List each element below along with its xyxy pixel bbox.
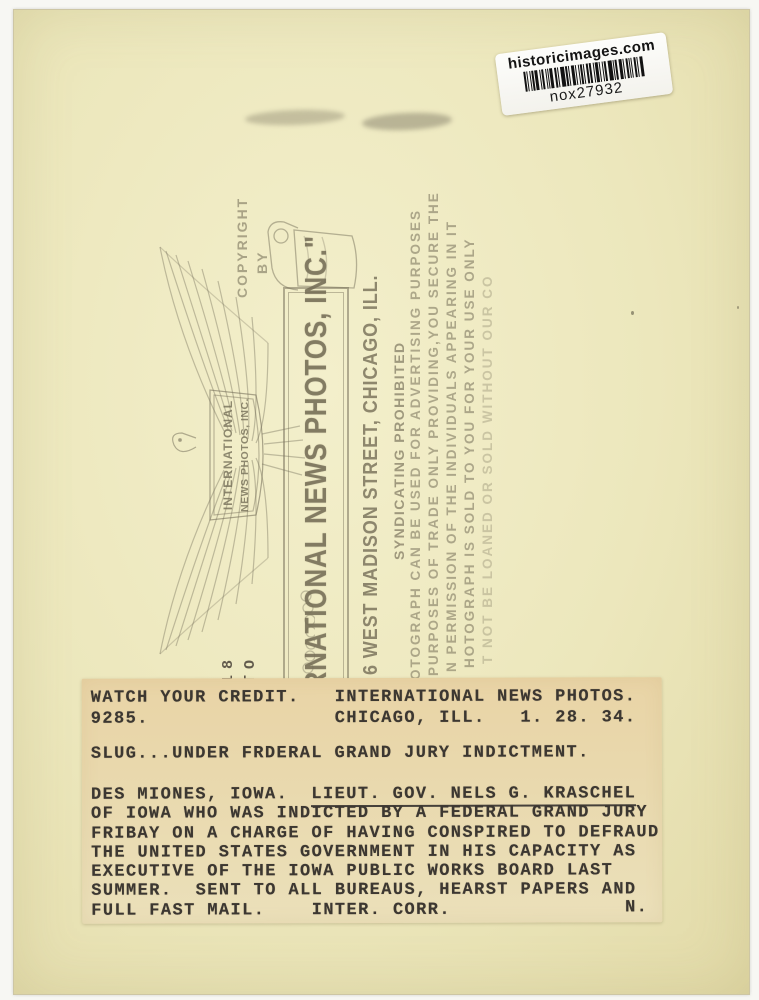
caption-label: WATCH YOUR CREDIT.9285. INTERNATIONAL NE… [82,677,663,924]
photo-back-scan: INTERNATIONAL NEWS PHOTOS, INC. COPYRIGH… [0,0,759,1000]
caption-body: DES MIONES, IOWA. LIEUT. GOV. NELS G. KR… [91,784,658,921]
editor-initial: N. [625,898,648,917]
agency-line: INTERNATIONAL NEWS PHOTOS. [335,687,637,707]
label-header-right: INTERNATIONAL NEWS PHOTOS.CHICAGO, ILL. … [335,686,637,729]
caption-line: EXECUTIVE OF THE IOWA PUBLIC WORKS BOARD… [91,862,613,882]
credit-line: WATCH YOUR CREDIT. [91,688,300,708]
ink-speck [737,306,739,309]
copyright-word: COPYRIGHT [234,197,250,298]
caption-line: OF IOWA WHO WAS INDICTED BY A FEDERAL GR… [91,804,648,824]
caption-line: THE UNITED STATES GOVERNMENT IN HIS CAPA… [91,842,636,862]
stamp-banner-box: "INTERNATIONAL NEWS PHOTOS, INC." [283,287,349,715]
ribbon-scroll-icon [264,214,364,294]
slug-line: SLUG...UNDER FRDERAL GRAND JURY INDICTME… [91,743,590,763]
caption-line: FRIBAY ON A CHARGE OF HAVING CONSPIRED T… [91,823,660,843]
stamp-syndicating: SYNDICATING PROHIBITED [391,341,407,560]
agency-stamp: INTERNATIONAL NEWS PHOTOS, INC. COPYRIGH… [150,195,510,690]
photo-number: 9285. [91,710,149,729]
stamp-fine-print-line: OTOGRAPH CAN BE USED FOR ADVERTISING PUR… [408,209,423,680]
caption-line: FULL FAST MAIL. INTER. CORR. [91,901,451,921]
stamp-address: 6 WEST MADISON STREET, CHICAGO, ILL. [360,275,383,675]
label-header-left: WATCH YOUR CREDIT.9285. [91,687,300,730]
dateline: DES MIONES, IOWA. [91,785,311,805]
stamp-fine-print-line: N PERMISSION OF THE INDIVIDUALS APPEARIN… [444,220,459,672]
location-date-line: CHICAGO, ILL. 1. 28. 34. [335,708,637,728]
stamp-fine-print-line: HOTOGRAPH IS SOLD TO YOU FOR YOUR USE ON… [462,237,477,668]
ink-speck [631,311,634,315]
stamp-fine-print-line: PURPOSES OF TRADE ONLY PROVIDING,YOU SEC… [426,191,441,676]
stamp-fine-print-line: T NOT BE LOANED OR SOLD WITHOUT OUR CO [480,275,495,665]
shield-line2: NEWS PHOTOS, INC. [239,398,251,512]
caption-line: SUMMER. SENT TO ALL BUREAUS, HEARST PAPE… [91,881,636,901]
shield-line1: INTERNATIONAL [221,400,235,510]
